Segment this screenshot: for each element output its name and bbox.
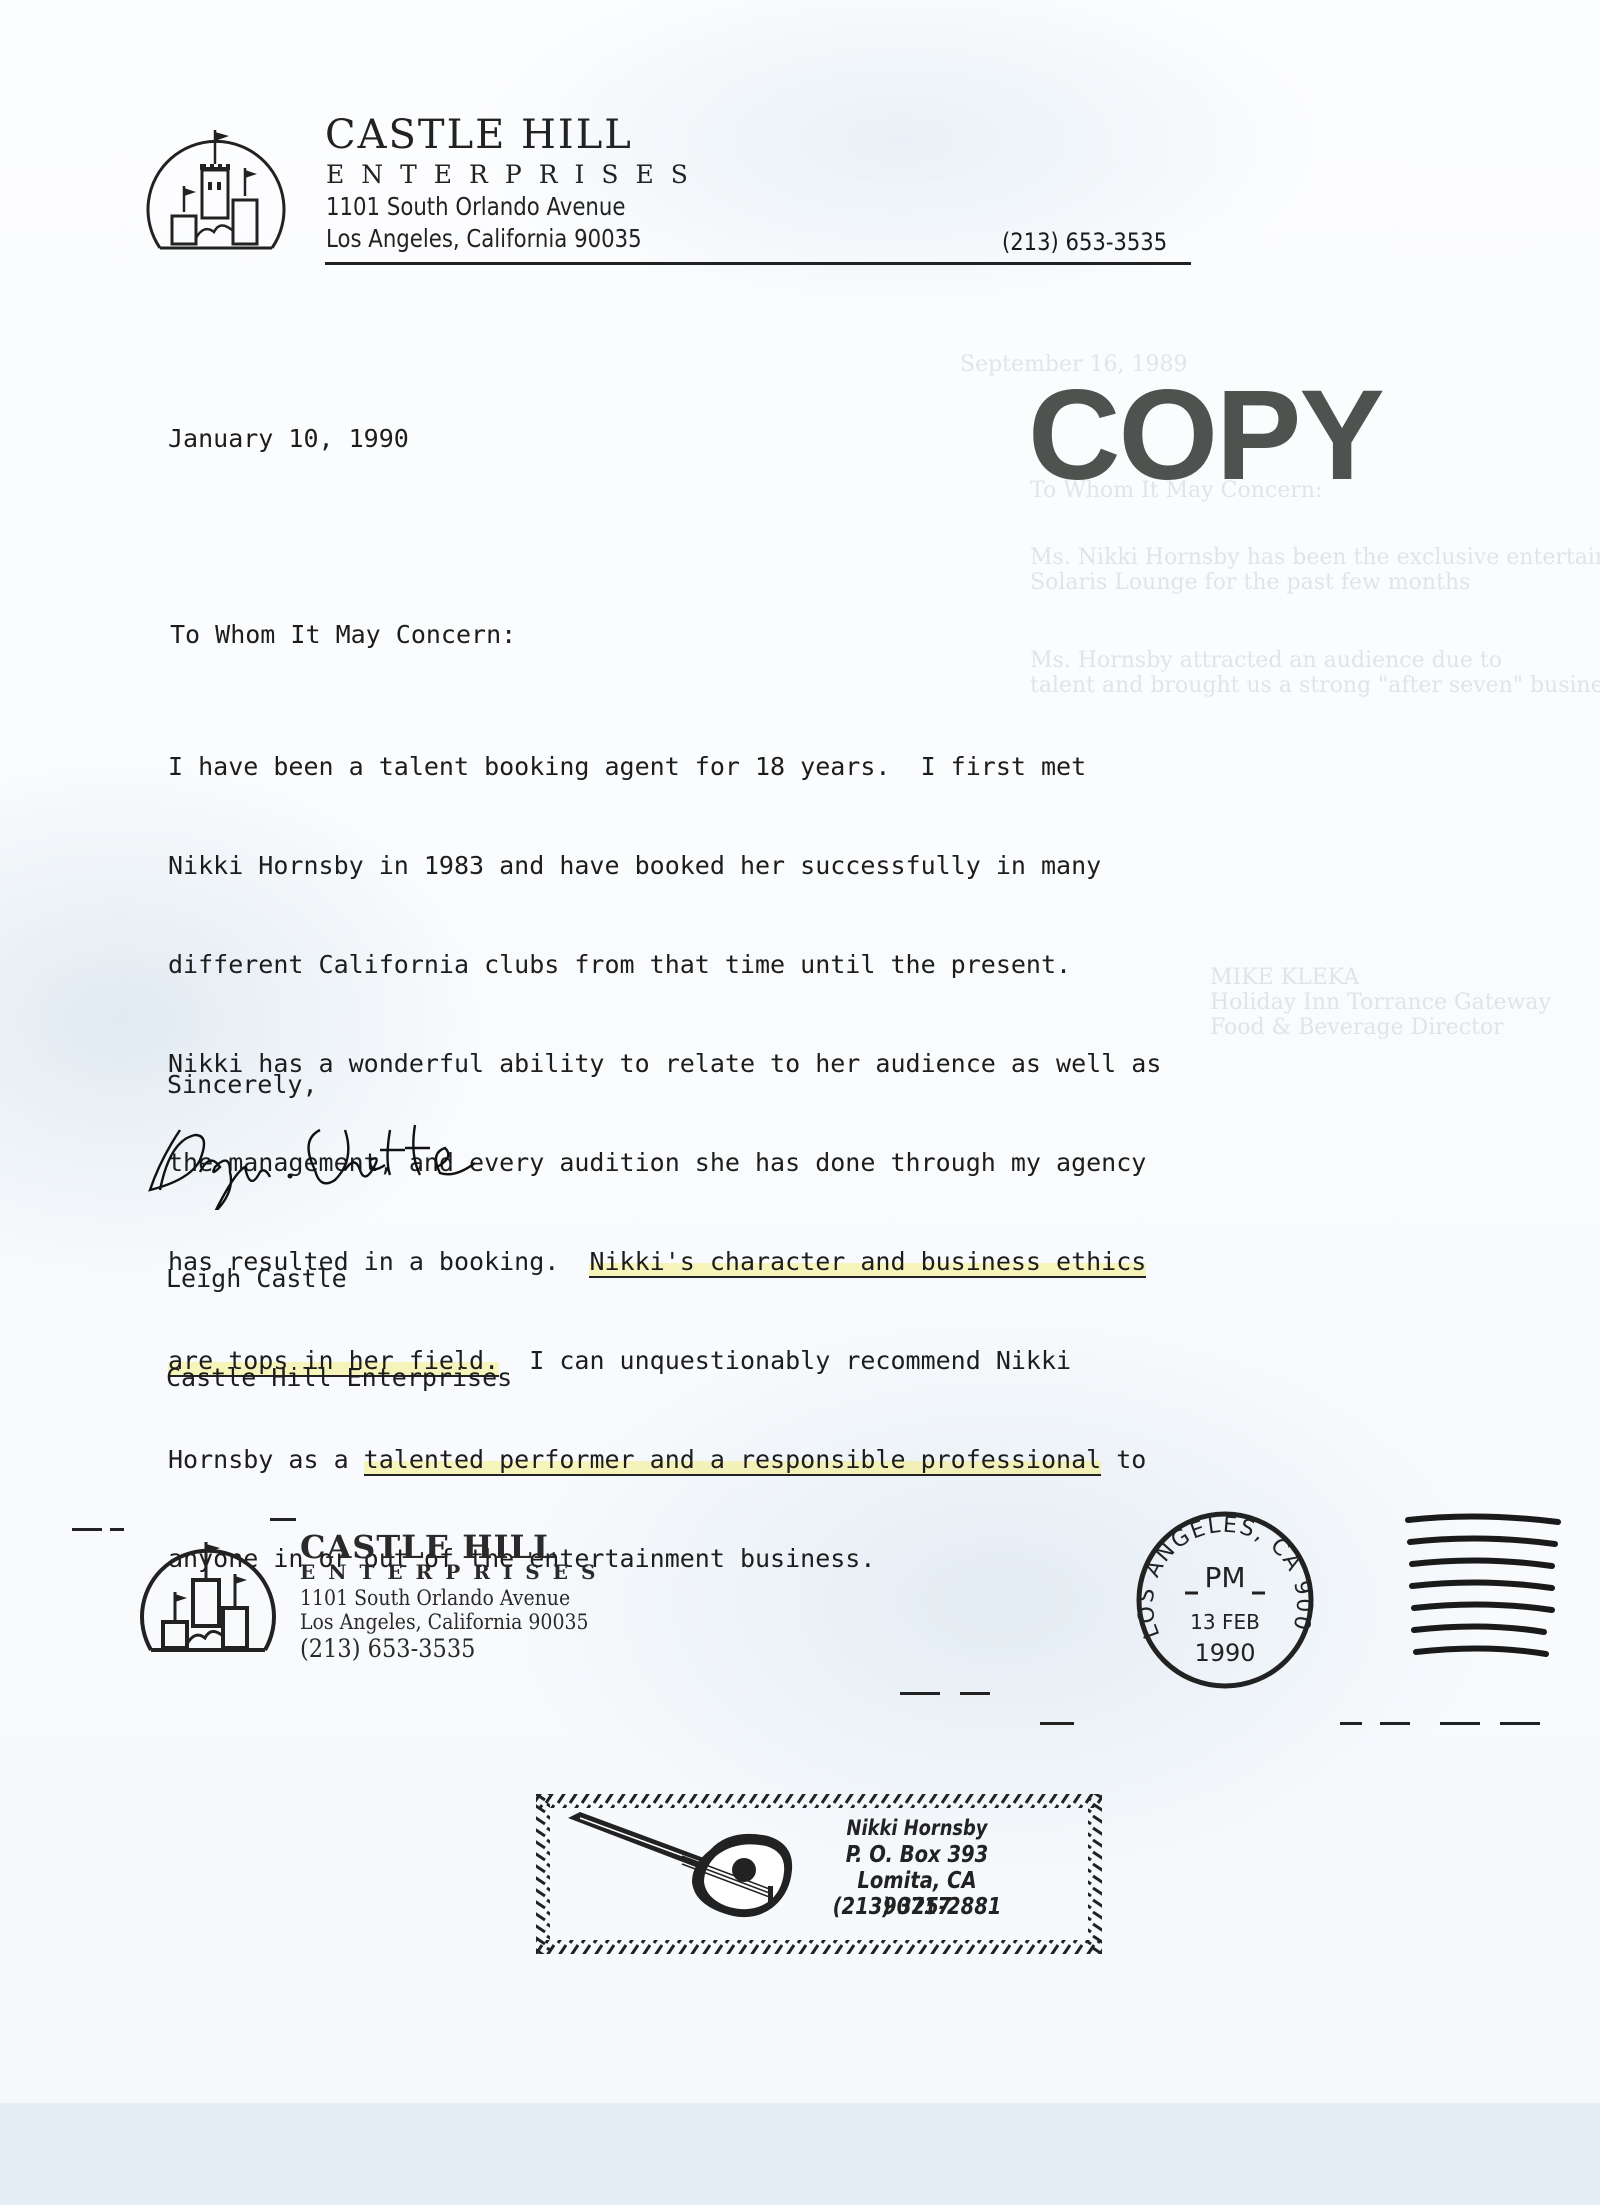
scan-artifact: [1040, 1722, 1074, 1725]
scan-artifact: [72, 1528, 102, 1531]
svg-text:PM: PM: [1204, 1561, 1245, 1594]
stamp-phone: (213) 325-2881: [828, 1894, 1007, 1920]
return-phone: (213) 653-3535: [300, 1634, 475, 1663]
signer-name: Leigh Castle: [166, 1262, 512, 1295]
guitar-icon: [568, 1812, 792, 1917]
scan-artifact: [270, 1518, 296, 1521]
highlighted-underlined-text: Nikki's character and business ethics: [589, 1247, 1146, 1278]
company-subtitle: ENTERPRISES: [326, 160, 705, 189]
scan-bed-strip: [0, 2103, 1600, 2205]
company-name: CASTLE HILL: [325, 112, 633, 158]
scan-artifact: [1340, 1722, 1362, 1725]
cancellation-lines-icon: [1400, 1500, 1570, 1680]
postmark-icon: LOS ANGELES, CA 900 98 PM 13 FEB 1990: [1130, 1505, 1320, 1695]
body-text: Hornsby as a: [168, 1445, 364, 1474]
castle-logo-icon: [140, 108, 290, 256]
castle-logo-icon: [132, 1522, 284, 1658]
letter-salutation: To Whom It May Concern:: [170, 618, 516, 651]
stamp-po-box: P. O. Box 393: [828, 1842, 1007, 1868]
signer-company: Castle Hill Enterprises: [166, 1361, 512, 1394]
letter-closing: Sincerely,: [167, 1068, 318, 1101]
highlighted-underlined-text: talented performer and a responsible pro…: [364, 1445, 1102, 1476]
copy-stamp: COPY: [1028, 372, 1383, 500]
body-text: I can unquestionably recommend Nikki: [499, 1346, 1071, 1375]
return-address-line1: 1101 South Orlando Avenue: [300, 1586, 570, 1610]
scan-artifact: [1440, 1722, 1480, 1725]
body-line: Hornsby as a talented performer and a re…: [168, 1443, 1161, 1476]
letter-date: January 10, 1990: [168, 422, 409, 455]
scan-artifact: [1380, 1722, 1410, 1725]
body-line: Nikki Hornsby in 1983 and have booked he…: [168, 849, 1161, 882]
bleed-through-text: MIKE KLEKA Holiday Inn Torrance Gateway …: [1210, 965, 1551, 1040]
body-text: to: [1101, 1445, 1146, 1474]
return-address-line2: Los Angeles, California 90035: [300, 1610, 589, 1634]
signer-block: Leigh Castle Castle Hill Enterprises: [166, 1196, 512, 1427]
company-address-line2: Los Angeles, California 90035: [326, 224, 642, 253]
return-company-subtitle: ENTERPRISES: [300, 1560, 608, 1584]
body-line: I have been a talent booking agent for 1…: [168, 750, 1161, 783]
company-phone: (213) 653-3535: [1002, 228, 1167, 256]
scan-artifact: [960, 1692, 990, 1695]
company-address-line1: 1101 South Orlando Avenue: [326, 192, 625, 221]
signature-icon: [140, 1110, 560, 1210]
bleed-through-text: Ms. Nikki Hornsby has been the exclusive…: [1030, 545, 1600, 595]
scan-artifact: [110, 1528, 124, 1531]
address-stamp-border: [532, 1790, 1106, 1958]
stamp-name: Nikki Hornsby: [828, 1816, 1007, 1840]
svg-text:1990: 1990: [1194, 1639, 1255, 1667]
scan-artifact: [1500, 1722, 1540, 1725]
letterhead-divider: [325, 262, 1191, 265]
scan-artifact: [900, 1692, 940, 1695]
svg-text:13 FEB: 13 FEB: [1190, 1610, 1260, 1634]
body-line: different California clubs from that tim…: [168, 948, 1161, 981]
